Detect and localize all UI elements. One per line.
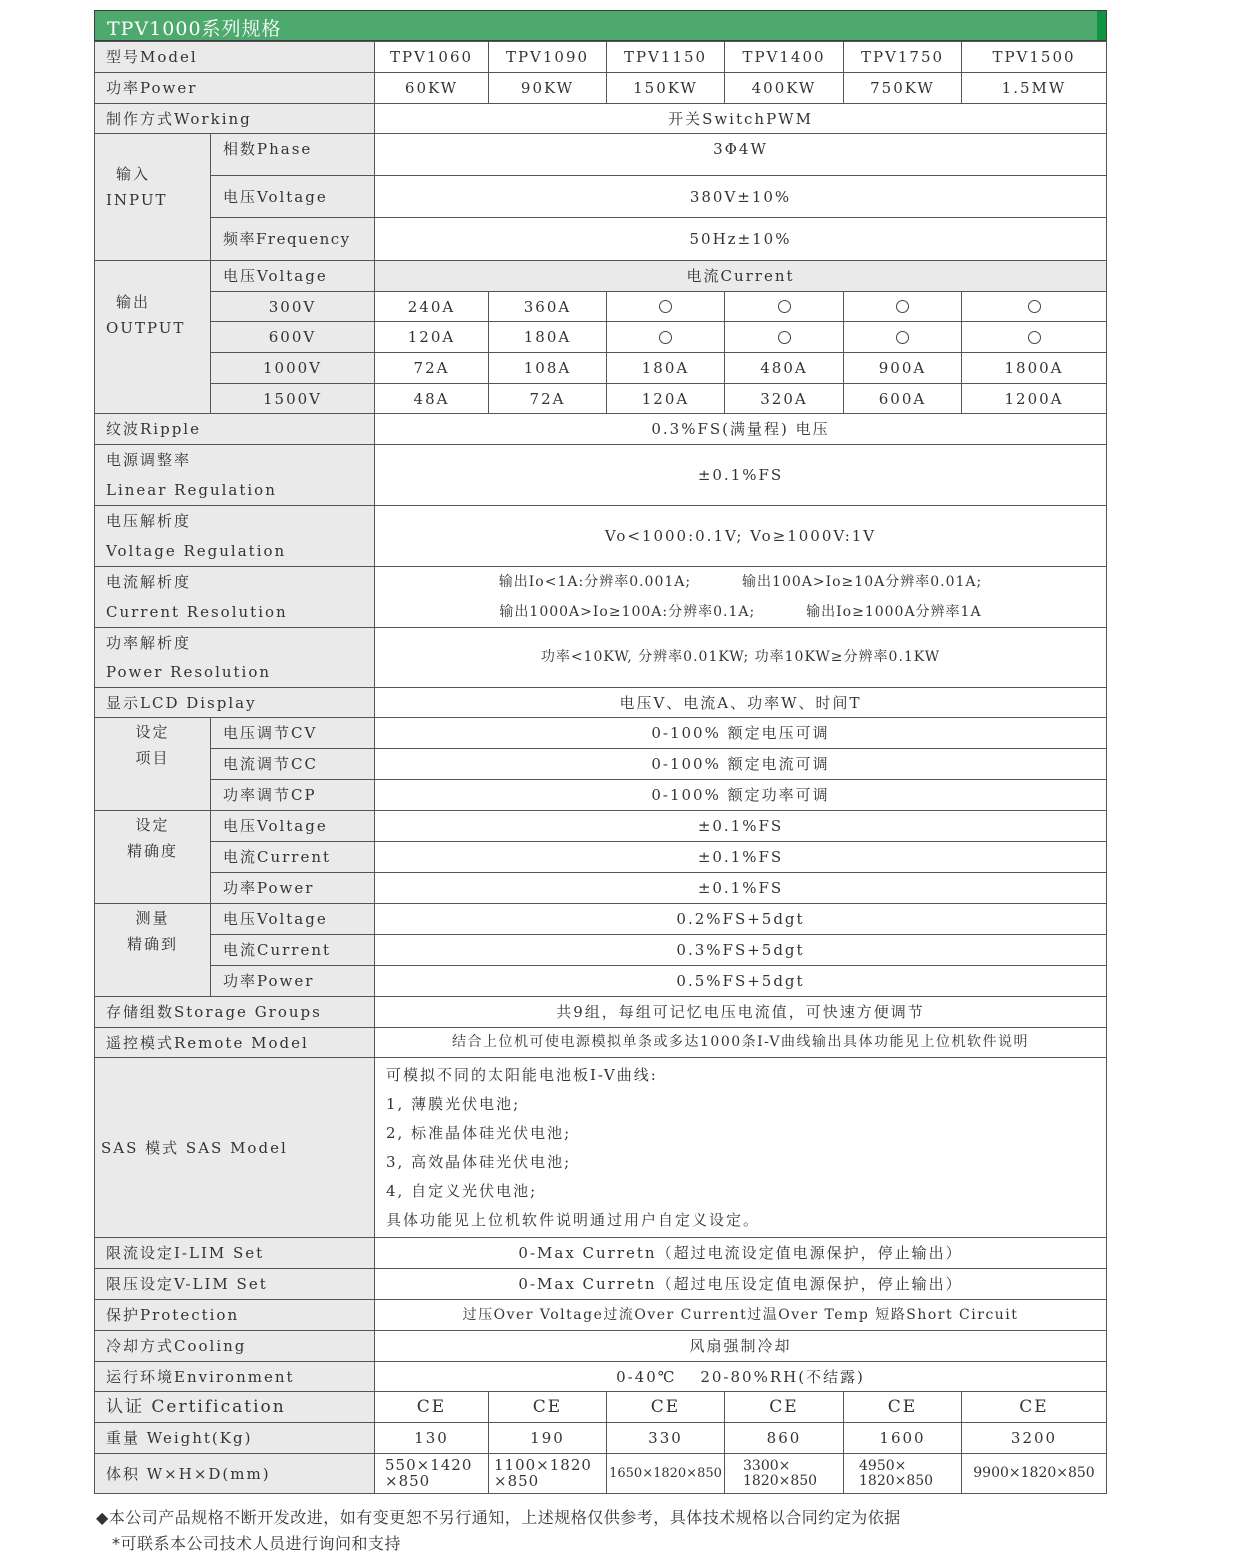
output-current-cell: 320A bbox=[724, 383, 844, 414]
output-group-label: 输出 OUTPUT bbox=[94, 260, 211, 414]
footer-note-disclaimer: ◆本公司产品规格不断开发改进，如有变更恕不另行通知，上述规格仅供参考，具体技术规… bbox=[96, 1505, 901, 1528]
setting-accuracy-power-value: ±0.1%FS bbox=[374, 872, 1107, 904]
current-resolution-label-en: Current Resolution bbox=[106, 603, 288, 621]
power-cell: 90KW bbox=[488, 72, 607, 104]
measure-accuracy-voltage-label: 电压Voltage bbox=[210, 903, 375, 935]
sas-label: SAS 模式 SAS Model bbox=[94, 1057, 375, 1238]
model-cell: TPV1750 bbox=[843, 41, 962, 73]
spec-sheet: TPV1000系列规格 型号Model TPV1060 TPV1090 TPV1… bbox=[0, 0, 1240, 1564]
not-available-circle-icon bbox=[1028, 300, 1041, 313]
table-title: TPV1000系列规格 bbox=[107, 14, 282, 41]
measure-accuracy-voltage-value: 0.2%FS+5dgt bbox=[374, 903, 1107, 935]
output-current-cell bbox=[606, 321, 725, 353]
volume-line: ×850 bbox=[385, 1474, 430, 1490]
setting-accuracy-group-line2: 精确度 bbox=[127, 842, 178, 860]
output-group-cn: 输出 bbox=[106, 293, 150, 311]
measure-accuracy-group-label: 测量 精确到 bbox=[94, 903, 211, 997]
current-resolution-label-cn: 电流解析度 bbox=[106, 573, 191, 591]
remote-label: 遥控模式Remote Model bbox=[94, 1027, 375, 1058]
input-voltage-label: 电压Voltage bbox=[210, 175, 375, 218]
sas-line: 2, 标准晶体硅光伏电池; bbox=[386, 1124, 571, 1142]
certification-cell: CE bbox=[374, 1391, 489, 1423]
weight-cell: 1600 bbox=[843, 1422, 962, 1454]
voltage-resolution-label: 电压解析度 Voltage Regulation bbox=[94, 505, 375, 567]
current-resolution-text: 输出1000A>Io≥100A:分辨率0.1A; bbox=[499, 604, 755, 620]
model-cell: TPV1060 bbox=[374, 41, 489, 73]
current-resolution-line-2: 输出1000A>Io≥100A:分辨率0.1A; 输出Io≥1000A分辨率1A bbox=[499, 604, 981, 621]
setting-cc-label: 电流调节CC bbox=[210, 748, 375, 780]
model-cell: TPV1090 bbox=[488, 41, 607, 73]
input-group-label: 输入 INPUT bbox=[94, 133, 211, 261]
current-resolution-text: 输出100A>Io≥10A分辨率0.01A; bbox=[742, 574, 982, 590]
output-voltage-600: 600V bbox=[210, 321, 375, 353]
output-voltage-1500: 1500V bbox=[210, 383, 375, 414]
output-current-cell: 108A bbox=[488, 352, 607, 384]
not-available-circle-icon bbox=[778, 331, 791, 344]
v-lim-value: 0-Max Curretn（超过电压设定值电源保护，停止输出） bbox=[374, 1268, 1107, 1300]
sas-line: 具体功能见上位机软件说明通过用户自定义设定。 bbox=[386, 1211, 760, 1229]
setting-cp-value: 0-100% 额定功率可调 bbox=[374, 779, 1107, 811]
input-frequency-label: 频率Frequency bbox=[210, 217, 375, 261]
power-cell: 1.5MW bbox=[961, 72, 1107, 104]
not-available-circle-icon bbox=[778, 300, 791, 313]
certification-cell: CE bbox=[843, 1391, 962, 1423]
volume-line: 1650×1820×850 bbox=[609, 1467, 722, 1481]
voltage-resolution-label-en: Voltage Regulation bbox=[106, 542, 286, 560]
measure-accuracy-power-value: 0.5%FS+5dgt bbox=[374, 965, 1107, 997]
certification-cell: CE bbox=[724, 1391, 844, 1423]
linear-regulation-value: ±0.1%FS bbox=[374, 444, 1107, 506]
model-cell: TPV1400 bbox=[724, 41, 844, 73]
output-current-cell: 1800A bbox=[961, 352, 1107, 384]
setting-items-group-line1: 设定 bbox=[135, 723, 169, 741]
not-available-circle-icon bbox=[1028, 331, 1041, 344]
power-cell: 750KW bbox=[843, 72, 962, 104]
current-resolution-line-1: 输出Io<1A:分辨率0.001A; 输出100A>Io≥10A分辨率0.01A… bbox=[499, 574, 982, 591]
storage-value: 共9组，每组可记忆电压电流值，可快速方便调节 bbox=[374, 996, 1107, 1028]
certification-cell: CE bbox=[606, 1391, 725, 1423]
output-current-cell: 1200A bbox=[961, 383, 1107, 414]
measure-accuracy-current-value: 0.3%FS+5dgt bbox=[374, 934, 1107, 966]
sas-line: 4, 自定义光伏电池; bbox=[386, 1182, 537, 1200]
voltage-resolution-value: Vo<1000:0.1V; Vo≥1000V:1V bbox=[374, 505, 1107, 567]
cooling-label: 冷却方式Cooling bbox=[94, 1330, 375, 1362]
volume-line: 3300× bbox=[743, 1459, 790, 1474]
setting-accuracy-power-label: 功率Power bbox=[210, 872, 375, 904]
output-current-cell: 360A bbox=[488, 291, 607, 322]
output-voltage-300: 300V bbox=[210, 291, 375, 322]
output-current-cell: 600A bbox=[843, 383, 962, 414]
power-resolution-value: 功率<10KW, 分辨率0.01KW; 功率10KW≥分辨率0.1KW bbox=[374, 627, 1107, 688]
i-lim-label: 限流设定I-LIM Set bbox=[94, 1237, 375, 1269]
output-current-cell bbox=[843, 321, 962, 353]
volume-cell: 4950× 1820×850 bbox=[843, 1453, 962, 1494]
input-frequency-value: 50Hz±10% bbox=[374, 217, 1107, 261]
not-available-circle-icon bbox=[896, 300, 909, 313]
setting-items-group-line2: 项目 bbox=[135, 749, 169, 767]
output-current-header: 电流Current bbox=[374, 260, 1107, 292]
measure-accuracy-group-line2: 精确到 bbox=[127, 935, 178, 953]
weight-cell: 3200 bbox=[961, 1422, 1107, 1454]
volume-cell: 3300× 1820×850 bbox=[724, 1453, 844, 1494]
volume-line: ×850 bbox=[494, 1474, 539, 1490]
linear-regulation-label-en: Linear Regulation bbox=[106, 481, 277, 499]
current-resolution-text: 输出Io≥1000A分辨率1A bbox=[806, 604, 981, 620]
setting-cv-label: 电压调节CV bbox=[210, 717, 375, 749]
output-current-cell: 480A bbox=[724, 352, 844, 384]
output-current-cell: 180A bbox=[488, 321, 607, 353]
power-resolution-label: 功率解析度 Power Resolution bbox=[94, 627, 375, 688]
certification-cell: CE bbox=[961, 1391, 1107, 1423]
title-accent-stripe bbox=[1097, 11, 1106, 40]
output-current-cell bbox=[961, 321, 1107, 353]
weight-cell: 860 bbox=[724, 1422, 844, 1454]
remote-value: 结合上位机可使电源模拟单条或多达1000条I-V曲线输出具体功能见上位机软件说明 bbox=[374, 1027, 1107, 1058]
setting-cc-value: 0-100% 额定电流可调 bbox=[374, 748, 1107, 780]
setting-accuracy-current-label: 电流Current bbox=[210, 841, 375, 873]
current-resolution-text: 输出Io<1A:分辨率0.001A; bbox=[499, 574, 691, 590]
volume-line: 1820×850 bbox=[859, 1474, 933, 1489]
protection-value: 过压Over Voltage过流Over Current过温Over Temp … bbox=[374, 1299, 1107, 1331]
setting-items-group-label: 设定 项目 bbox=[94, 717, 211, 811]
ripple-label: 纹波Ripple bbox=[94, 413, 375, 445]
working-value: 开关SwitchPWM bbox=[374, 103, 1107, 134]
volume-cell: 1100×1820 ×850 bbox=[488, 1453, 607, 1494]
table-title-bar: TPV1000系列规格 bbox=[94, 10, 1107, 41]
power-cell: 60KW bbox=[374, 72, 489, 104]
output-current-cell: 900A bbox=[843, 352, 962, 384]
output-current-cell: 180A bbox=[606, 352, 725, 384]
setting-accuracy-voltage-value: ±0.1%FS bbox=[374, 810, 1107, 842]
sas-line: 1, 薄膜光伏电池; bbox=[386, 1095, 520, 1113]
ripple-value: 0.3%FS(满量程) 电压 bbox=[374, 413, 1107, 445]
input-voltage-value: 380V±10% bbox=[374, 175, 1107, 218]
setting-accuracy-voltage-label: 电压Voltage bbox=[210, 810, 375, 842]
weight-cell: 330 bbox=[606, 1422, 725, 1454]
setting-cv-value: 0-100% 额定电压可调 bbox=[374, 717, 1107, 749]
volume-line: 1820×850 bbox=[743, 1474, 817, 1489]
power-label: 功率Power bbox=[94, 72, 375, 104]
measure-accuracy-power-label: 功率Power bbox=[210, 965, 375, 997]
power-cell: 150KW bbox=[606, 72, 725, 104]
input-phase-label: 相数Phase bbox=[210, 133, 375, 176]
output-current-cell: 72A bbox=[488, 383, 607, 414]
volume-label: 体积 W×H×D(mm) bbox=[94, 1453, 375, 1494]
not-available-circle-icon bbox=[896, 331, 909, 344]
model-cell: TPV1150 bbox=[606, 41, 725, 73]
output-current-cell: 120A bbox=[606, 383, 725, 414]
certification-label: 认证 Certification bbox=[94, 1391, 375, 1423]
model-cell: TPV1500 bbox=[961, 41, 1107, 73]
output-voltage-1000: 1000V bbox=[210, 352, 375, 384]
output-current-cell bbox=[843, 291, 962, 322]
power-resolution-label-en: Power Resolution bbox=[106, 663, 271, 681]
linear-regulation-label: 电源调整率 Linear Regulation bbox=[94, 444, 375, 506]
sas-line: 可模拟不同的太阳能电池板I-V曲线: bbox=[386, 1066, 658, 1084]
weight-cell: 130 bbox=[374, 1422, 489, 1454]
volume-line: 4950× bbox=[859, 1459, 906, 1474]
setting-accuracy-current-value: ±0.1%FS bbox=[374, 841, 1107, 873]
measure-accuracy-group-line1: 测量 bbox=[135, 909, 169, 927]
measure-accuracy-current-label: 电流Current bbox=[210, 934, 375, 966]
voltage-resolution-label-cn: 电压解析度 bbox=[106, 512, 191, 530]
volume-cell: 9900×1820×850 bbox=[961, 1453, 1107, 1494]
linear-regulation-label-cn: 电源调整率 bbox=[106, 451, 191, 469]
output-group-en: OUTPUT bbox=[106, 319, 185, 337]
input-group-en: INPUT bbox=[106, 191, 168, 209]
storage-label: 存储组数Storage Groups bbox=[94, 996, 375, 1028]
cooling-value: 风扇强制冷却 bbox=[374, 1330, 1107, 1362]
setting-accuracy-group-label: 设定 精确度 bbox=[94, 810, 211, 904]
display-value: 电压V、电流A、功率W、时间T bbox=[374, 687, 1107, 718]
weight-cell: 190 bbox=[488, 1422, 607, 1454]
output-current-cell bbox=[961, 291, 1107, 322]
working-label: 制作方式Working bbox=[94, 103, 375, 134]
model-label: 型号Model bbox=[94, 41, 375, 73]
v-lim-label: 限压设定V-LIM Set bbox=[94, 1268, 375, 1300]
protection-label: 保护Protection bbox=[94, 1299, 375, 1331]
volume-cell: 1650×1820×850 bbox=[606, 1453, 725, 1494]
output-current-cell bbox=[724, 291, 844, 322]
output-current-cell: 120A bbox=[374, 321, 489, 353]
sas-value: 可模拟不同的太阳能电池板I-V曲线: 1, 薄膜光伏电池; 2, 标准晶体硅光伏… bbox=[374, 1057, 1107, 1238]
output-current-cell bbox=[606, 291, 725, 322]
environment-value: 0-40℃ 20-80%RH(不结露) bbox=[374, 1361, 1107, 1392]
display-label: 显示LCD Display bbox=[94, 687, 375, 718]
output-current-cell: 72A bbox=[374, 352, 489, 384]
current-resolution-value: 输出Io<1A:分辨率0.001A; 输出100A>Io≥10A分辨率0.01A… bbox=[374, 566, 1107, 628]
weight-label: 重量 Weight(Kg) bbox=[94, 1422, 375, 1454]
input-phase-value: 3Φ4W bbox=[374, 133, 1107, 176]
certification-cell: CE bbox=[488, 1391, 607, 1423]
volume-cell: 550×1420 ×850 bbox=[374, 1453, 489, 1494]
power-resolution-label-cn: 功率解析度 bbox=[106, 634, 191, 652]
output-current-cell: 240A bbox=[374, 291, 489, 322]
setting-cp-label: 功率调节CP bbox=[210, 779, 375, 811]
output-current-cell bbox=[724, 321, 844, 353]
not-available-circle-icon bbox=[659, 331, 672, 344]
footer-note-contact: *可联系本公司技术人员进行询问和支持 bbox=[112, 1531, 401, 1554]
power-cell: 400KW bbox=[724, 72, 844, 104]
environment-label: 运行环境Environment bbox=[94, 1361, 375, 1392]
current-resolution-label: 电流解析度 Current Resolution bbox=[94, 566, 375, 628]
setting-accuracy-group-line1: 设定 bbox=[135, 816, 169, 834]
i-lim-value: 0-Max Curretn（超过电流设定值电源保护，停止输出） bbox=[374, 1237, 1107, 1269]
not-available-circle-icon bbox=[659, 300, 672, 313]
output-current-cell: 48A bbox=[374, 383, 489, 414]
input-group-cn: 输入 bbox=[106, 165, 150, 183]
output-voltage-header: 电压Voltage bbox=[210, 260, 375, 292]
volume-line: 9900×1820×850 bbox=[973, 1466, 1094, 1481]
sas-line: 3, 高效晶体硅光伏电池; bbox=[386, 1153, 571, 1171]
